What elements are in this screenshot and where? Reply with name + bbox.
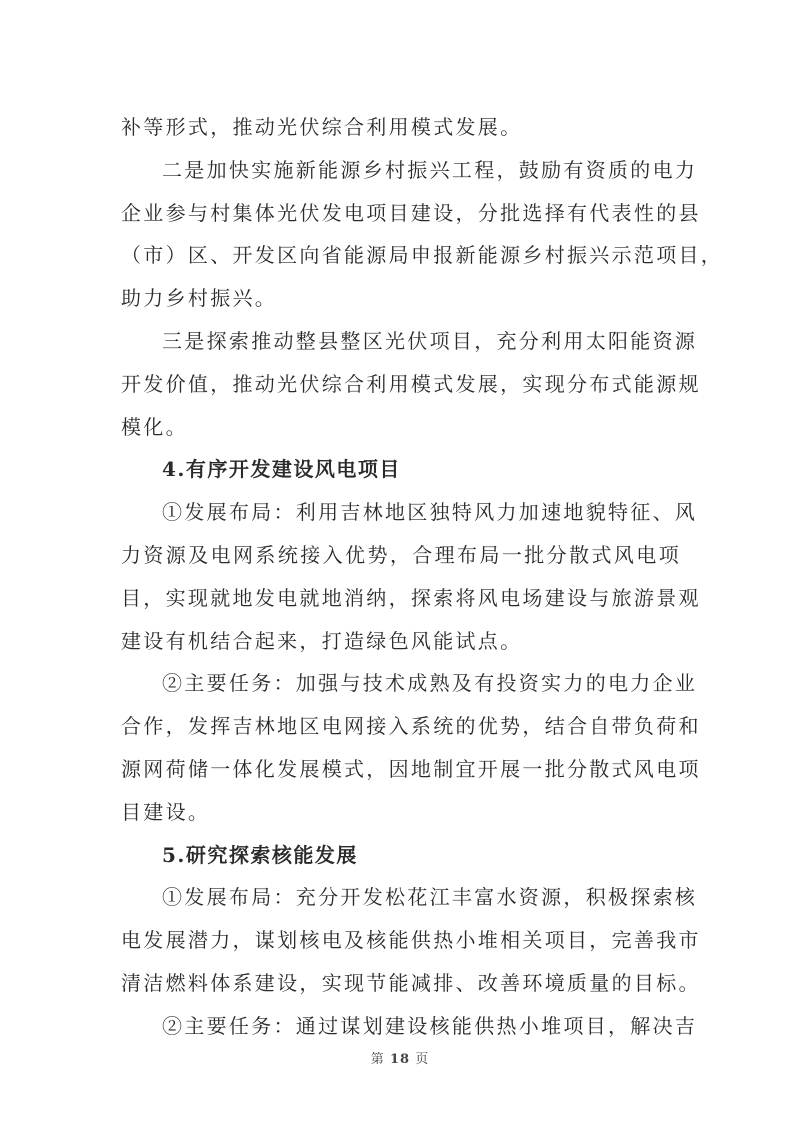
paragraph-line: ②主要任务：加强与技术成熟及有投资实力的电力企业	[121, 662, 681, 705]
paragraph-line: 源网荷储一体化发展模式，因地制宜开展一批分散式风电项	[121, 748, 681, 791]
section-heading: 5.研究探索核能发展	[121, 834, 681, 877]
paragraph-line: ①发展布局：充分开发松花江丰富水资源，积极探索核	[121, 876, 681, 919]
paragraph-line: ①发展布局：利用吉林地区独特风力加速地貌特征、风	[121, 491, 681, 534]
page-label-prefix: 第	[371, 1052, 385, 1067]
paragraph-line: 目，实现就地发电就地消纳，探索将风电场建设与旅游景观	[121, 577, 681, 620]
paragraph-line: 电发展潜力，谋划核电及核能供热小堆相关项目，完善我市	[121, 919, 681, 962]
page-footer: 第 18 页	[0, 1048, 800, 1067]
page-label-suffix: 页	[415, 1052, 429, 1067]
paragraph-line: 二是加快实施新能源乡村振兴工程，鼓励有资质的电力	[121, 149, 681, 192]
paragraph-line: 开发价值，推动光伏综合利用模式发展，实现分布式能源规	[121, 363, 681, 406]
paragraph-line: 助力乡村振兴。	[121, 277, 681, 320]
document-body: 补等形式，推动光伏综合利用模式发展。 二是加快实施新能源乡村振兴工程，鼓励有资质…	[121, 106, 681, 1048]
paragraph-line: （市）区、开发区向省能源局申报新能源乡村振兴示范项目，	[121, 234, 681, 277]
paragraph-line: ②主要任务：通过谋划建设核能供热小堆项目，解决吉	[121, 1005, 681, 1048]
paragraph-line: 补等形式，推动光伏综合利用模式发展。	[121, 106, 681, 149]
paragraph-line: 目建设。	[121, 791, 681, 834]
paragraph-line: 模化。	[121, 406, 681, 449]
paragraph-line: 建设有机结合起来，打造绿色风能试点。	[121, 620, 681, 663]
paragraph-line: 力资源及电网系统接入优势，合理布局一批分散式风电项	[121, 534, 681, 577]
paragraph-line: 合作，发挥吉林地区电网接入系统的优势，结合自带负荷和	[121, 705, 681, 748]
paragraph-line: 企业参与村集体光伏发电项目建设，分批选择有代表性的县	[121, 192, 681, 235]
paragraph-line: 三是探索推动整县整区光伏项目，充分利用太阳能资源	[121, 320, 681, 363]
paragraph-line: 清洁燃料体系建设，实现节能减排、改善环境质量的目标。	[121, 962, 681, 1005]
page-number: 18	[390, 1052, 410, 1067]
section-heading: 4.有序开发建设风电项目	[121, 448, 681, 491]
